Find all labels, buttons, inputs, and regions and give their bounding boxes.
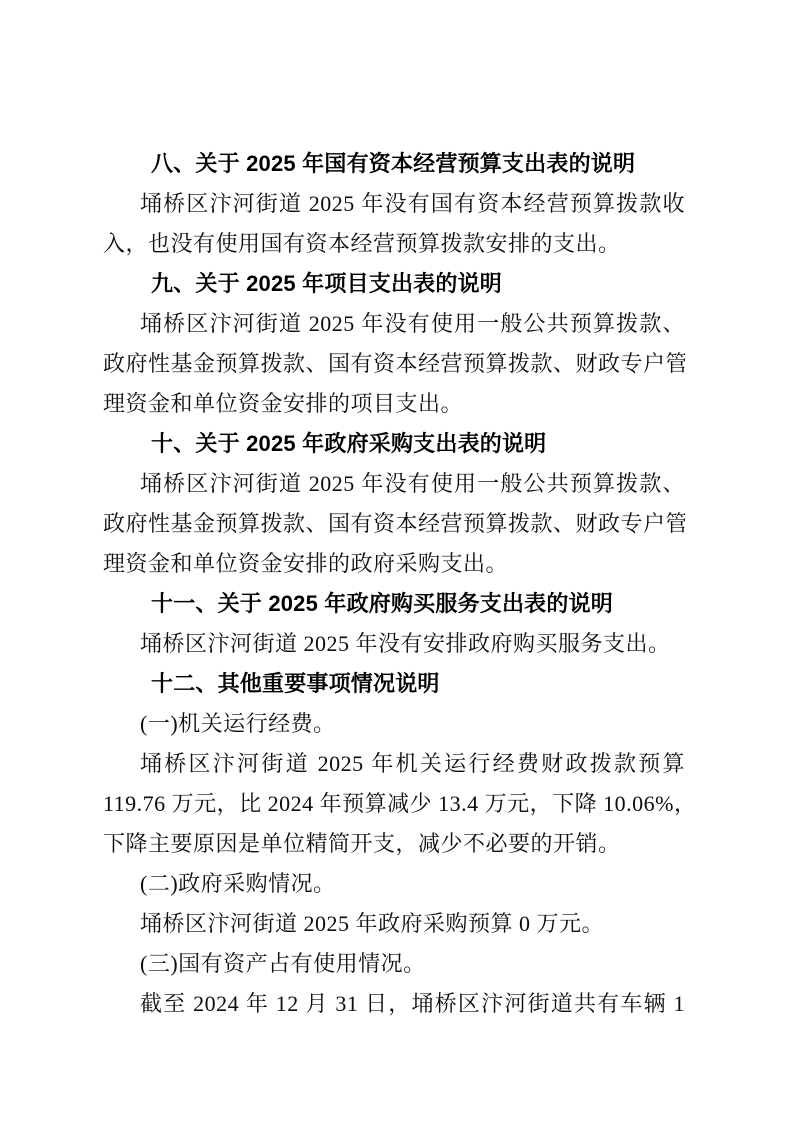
document-page: 八、关于 2025 年国有资本经营预算支出表的说明埇桥区汴河街道 2025 年没…	[0, 0, 793, 1122]
body-text-line: 入，也没有使用国有资本经营预算拨款安排的支出。	[103, 224, 685, 264]
body-text-line: 埇桥区汴河街道 2025 年没有使用一般公共预算拨款、	[103, 304, 685, 344]
section-heading: 九、关于 2025 年项目支出表的说明	[103, 264, 685, 304]
body-text-line: 政府性基金预算拨款、国有资本经营预算拨款、财政专户管	[103, 504, 685, 544]
body-text-line: 埇桥区汴河街道 2025 年政府采购预算 0 万元。	[103, 904, 685, 944]
section-heading: 十、关于 2025 年政府采购支出表的说明	[103, 424, 685, 464]
body-text-line: 理资金和单位资金安排的项目支出。	[103, 384, 685, 424]
body-text-line: 截至 2024 年 12 月 31 日，埇桥区汴河街道共有车辆 1	[103, 984, 685, 1024]
body-text-line: (三)国有资产占有使用情况。	[103, 944, 685, 984]
body-text-line: 下降主要原因是单位精简开支，减少不必要的开销。	[103, 824, 685, 864]
document-content: 八、关于 2025 年国有资本经营预算支出表的说明埇桥区汴河街道 2025 年没…	[103, 144, 685, 1024]
body-text-line: 埇桥区汴河街道 2025 年没有国有资本经营预算拨款收	[103, 184, 685, 224]
body-text-line: (一)机关运行经费。	[103, 704, 685, 744]
body-text-line: 埇桥区汴河街道 2025 年没有使用一般公共预算拨款、	[103, 464, 685, 504]
body-text-line: 政府性基金预算拨款、国有资本经营预算拨款、财政专户管	[103, 344, 685, 384]
body-text-line: 119.76 万元，比 2024 年预算减少 13.4 万元，下降 10.06%…	[103, 784, 685, 824]
section-heading: 八、关于 2025 年国有资本经营预算支出表的说明	[103, 144, 685, 184]
body-text-line: 理资金和单位资金安排的政府采购支出。	[103, 544, 685, 584]
section-heading: 十一、关于 2025 年政府购买服务支出表的说明	[103, 584, 685, 624]
section-heading: 十二、其他重要事项情况说明	[103, 664, 685, 704]
body-text-line: 埇桥区汴河街道 2025 年机关运行经费财政拨款预算	[103, 744, 685, 784]
body-text-line: 埇桥区汴河街道 2025 年没有安排政府购买服务支出。	[103, 624, 685, 664]
body-text-line: (二)政府采购情况。	[103, 864, 685, 904]
